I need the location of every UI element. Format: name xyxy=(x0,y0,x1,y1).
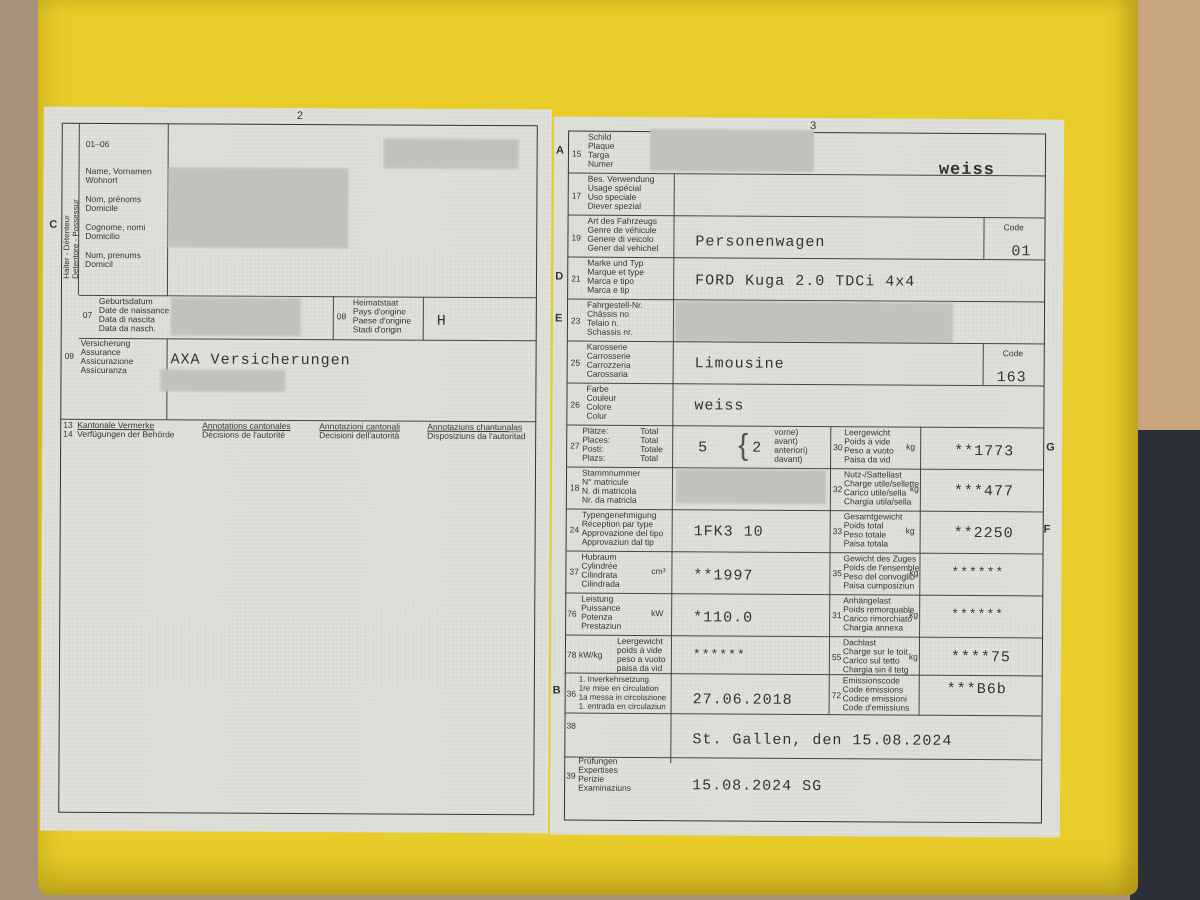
field-25-code-label: Code xyxy=(1003,349,1023,358)
field-78-value: ****** xyxy=(693,647,746,662)
field-33-unit: kg xyxy=(906,527,915,536)
field-21-labels: Marke und Typ Marque et type Marca e tip… xyxy=(587,259,644,295)
field-76-value: *110.0 xyxy=(693,609,753,626)
field-01-06-labels: Name, Vornamen Wohnort Nom, prénoms Domi… xyxy=(85,167,152,269)
field-78-number: 78 xyxy=(567,651,577,660)
field-26-value: weiss xyxy=(694,397,744,414)
brace-icon: { xyxy=(738,428,748,464)
field-18-number: 18 xyxy=(570,483,580,493)
field-32-unit: kg xyxy=(910,485,919,494)
field-30-number: 30 xyxy=(833,442,843,452)
field-27-front-labels: vorne) avant) anteriori) davant) xyxy=(774,428,808,464)
field-31-value: ****** xyxy=(951,607,1004,622)
field-39-number: 39 xyxy=(566,771,576,781)
field-30-unit: kg xyxy=(906,443,915,452)
field-55-labels: Dachlast Charge sur le toit Carico sul t… xyxy=(843,638,909,674)
side-letter-c: C xyxy=(49,219,57,231)
side-letter-a: A xyxy=(556,144,564,156)
field-23-number: 23 xyxy=(571,316,581,326)
redacted-insurance-detail xyxy=(160,369,285,392)
issue-place-date: St. Gallen, den 15.08.2024 xyxy=(692,731,952,750)
desk-dark-object xyxy=(1130,430,1200,900)
field-25-number: 25 xyxy=(571,358,581,368)
field-32-number: 32 xyxy=(833,484,843,494)
left-page: 2 C Halter - Détenteur Detentore - Posse… xyxy=(40,107,552,834)
field-31-unit: kg xyxy=(909,611,918,620)
side-letter-d: D xyxy=(555,270,563,282)
field-24-labels: Typengenehmigung Réception par type Appr… xyxy=(582,511,664,547)
field-37-value: **1997 xyxy=(693,567,753,584)
field-35-value: ****** xyxy=(951,565,1004,580)
field-31-number: 31 xyxy=(832,610,842,620)
field-15-labels: Schild Plaque Targa Numer xyxy=(588,133,615,169)
field-30-labels: Leergewicht Poids à vide Peso a vuoto Pa… xyxy=(844,428,894,464)
field-32-value: ***477 xyxy=(954,483,1014,500)
right-page: 3 A 15 Schild Plaque Targa Numer weiss 1… xyxy=(550,116,1064,837)
field-55-value: ****75 xyxy=(951,649,1011,666)
field-19-code: 01 xyxy=(1011,243,1031,260)
field-35-labels: Gewicht des Zuges Poids de l'ensemble Pe… xyxy=(843,554,919,590)
field-36-labels: 1. Inverkehrsetzung 1re mise en circulat… xyxy=(579,675,667,712)
field-27-number: 27 xyxy=(570,441,580,451)
side-letter-e: E xyxy=(555,312,562,324)
field-13-14-it: Annotazioni cantonali Decisioni dell'aut… xyxy=(319,422,400,440)
field-13-14-fr: Annotations cantonales Décisions de l'au… xyxy=(202,422,290,440)
plate-color-note: weiss xyxy=(939,161,995,180)
side-letter-b: B xyxy=(553,684,561,696)
field-78-unit: kW/kg xyxy=(579,651,603,660)
field-13-14-rm: Annotaziuns chantunalas Disposiziuns da … xyxy=(427,423,526,442)
redacted-registry-number xyxy=(676,469,826,504)
emission-code: ***B6b xyxy=(947,681,1007,698)
field-76-labels: Leistung Puissance Potenza Prestaziun xyxy=(581,595,621,631)
field-37-number: 37 xyxy=(569,567,579,577)
field-31-labels: Anhängelast Poids remorquable Carico rim… xyxy=(843,596,915,632)
field-17-number: 17 xyxy=(572,191,582,201)
field-21-value: FORD Kuga 2.0 TDCi 4x4 xyxy=(695,272,915,290)
field-33-number: 33 xyxy=(833,526,843,536)
field-13-14-numbers: 13 14 xyxy=(63,421,73,439)
seats-front: 2 xyxy=(752,440,762,457)
field-30-value: **1773 xyxy=(954,443,1014,460)
field-33-value: **2250 xyxy=(954,525,1014,542)
field-26-labels: Farbe Couleur Colore Colur xyxy=(586,385,616,421)
field-19-labels: Art des Fahrzeugs Genre de véhicule Gene… xyxy=(587,217,658,253)
field-08-number: 08 xyxy=(337,311,347,321)
field-38-number: 38 xyxy=(566,721,576,731)
field-36-number: 36 xyxy=(567,689,577,699)
side-letter-f: F xyxy=(1044,523,1051,535)
field-09-value: AXA Versicherungen xyxy=(171,351,351,369)
field-07-labels: Geburtsdatum Date de naissance Data di n… xyxy=(99,297,170,333)
field-76-number: 76 xyxy=(567,609,577,619)
field-23-labels: Fahrgestell-Nr. Châssis no Telaio n. Sch… xyxy=(587,301,643,337)
field-78-labels: Leergewicht poids à vide peso a vuoto pa… xyxy=(617,637,666,673)
field-24-value: 1FK3 10 xyxy=(694,523,764,540)
field-37-unit: cm³ xyxy=(651,567,665,576)
field-27-total-labels: Total Total Totale Total xyxy=(640,427,663,463)
field-07-number: 07 xyxy=(83,310,93,320)
field-72-number: 72 xyxy=(832,690,842,700)
field-19-value: Personenwagen xyxy=(695,233,825,251)
field-37-labels: Hubraum Cylindrée Cilindrata Cilindrada xyxy=(581,553,620,589)
field-08-labels: Heimatstaat Pays d'origine Paese d'origi… xyxy=(353,298,412,334)
field-35-unit: kg xyxy=(909,569,918,578)
field-26-number: 26 xyxy=(570,400,580,410)
redacted-chassis-number xyxy=(675,301,953,343)
field-33-labels: Gesamtgewicht Poids total Peso totale Pa… xyxy=(844,512,903,548)
holder-vertical-label-1: Halter - Détenteur xyxy=(62,215,71,279)
field-19-number: 19 xyxy=(571,233,581,243)
field-19-code-label: Code xyxy=(1003,223,1023,232)
field-25-value: Limousine xyxy=(695,355,785,373)
field-55-number: 55 xyxy=(832,652,842,662)
field-13-14-de: Kantonale Vermerke Verfügungen der Behör… xyxy=(77,421,174,440)
field-25-code: 163 xyxy=(997,369,1027,386)
redacted-birthdate xyxy=(171,297,301,336)
field-24-number: 24 xyxy=(570,525,580,535)
field-01-06-number: 01–06 xyxy=(86,140,110,149)
field-09-labels: Versicherung Assurance Assicurazione Ass… xyxy=(80,339,133,375)
inspection-date: 15.08.2024 SG xyxy=(692,777,822,795)
field-08-value: H xyxy=(437,313,447,330)
page-number: 2 xyxy=(297,110,303,122)
field-39-labels: Prüfungen Expertises Perizie Examinaziun… xyxy=(578,757,631,793)
field-72-labels: Emissionscode Code émissions Codice emis… xyxy=(843,676,910,712)
first-registration-date: 27.06.2018 xyxy=(693,691,793,709)
field-25-labels: Karosserie Carrosserie Carrozzeria Caros… xyxy=(587,343,631,379)
field-18-labels: Stammnummer N° matricule N. di matricola… xyxy=(582,469,640,505)
field-27-labels: Plätze: Places: Posti: Plazs: xyxy=(582,427,610,463)
field-35-number: 35 xyxy=(832,568,842,578)
side-letter-g: G xyxy=(1046,441,1055,453)
redacted-holder-name-address xyxy=(168,167,348,248)
field-21-number: 21 xyxy=(571,274,581,284)
field-76-unit: kW xyxy=(651,609,663,618)
seats-total: 5 xyxy=(698,439,708,456)
field-15-number: 15 xyxy=(572,149,582,159)
field-55-unit: kg xyxy=(909,653,918,662)
redacted-holder-top xyxy=(384,138,519,169)
field-09-number: 09 xyxy=(65,351,75,361)
field-32-labels: Nutz-/Sattellast Charge utile/sellette C… xyxy=(844,470,919,506)
redacted-plate xyxy=(650,129,814,172)
holder-vertical-label-2: Detentore - Possessur xyxy=(71,199,80,279)
field-17-labels: Bes. Verwendung Usage spécial Uso specia… xyxy=(588,175,655,211)
